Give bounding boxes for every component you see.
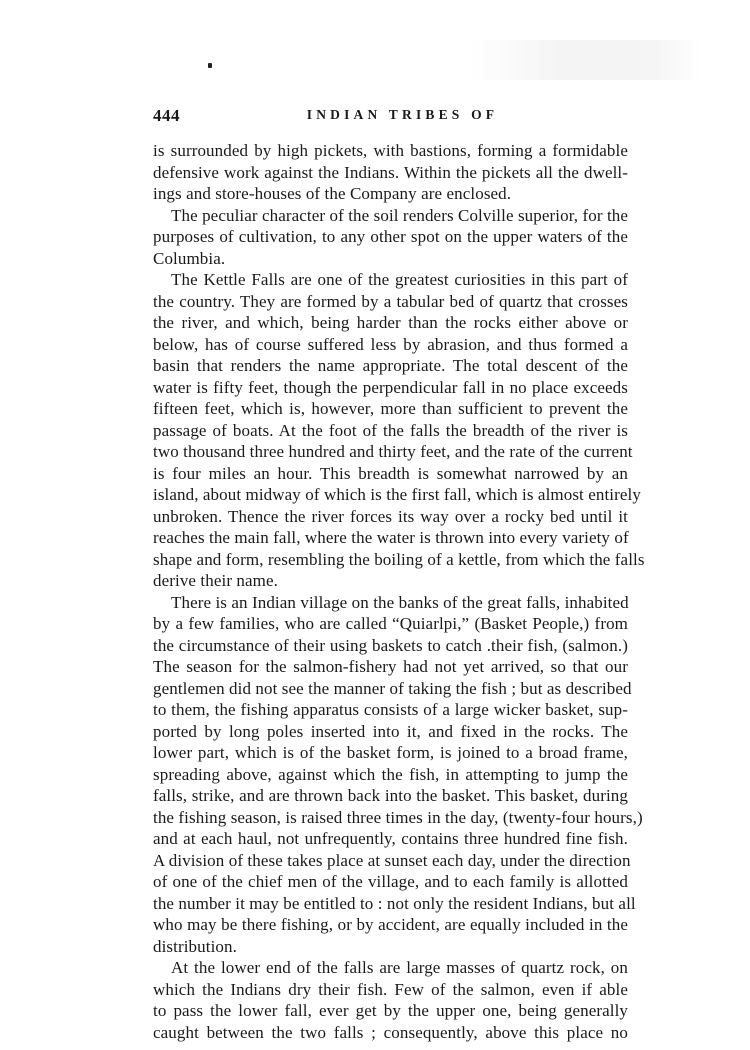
text-line: unbroken. Thence the river forces its wa… (153, 506, 628, 528)
text-line: falls, strike, and are thrown back into … (153, 785, 628, 807)
text-line: which the Indians dry their fish. Few of… (153, 979, 628, 1001)
text-line: to them, the fishing apparatus consists … (153, 699, 628, 721)
text-line: The peculiar character of the soil rende… (153, 205, 628, 227)
text-line: the circumstance of their using baskets … (153, 635, 628, 657)
running-head: 444 INDIAN TRIBES OF (153, 106, 628, 128)
text-line: The Kettle Falls are one of the greatest… (153, 269, 628, 291)
text-line: water is fifty feet, though the perpendi… (153, 377, 628, 399)
text-line: ings and store-houses of the Company are… (153, 183, 628, 205)
text-line: defensive work against the Indians. With… (153, 162, 628, 184)
text-line: purposes of cultivation, to any other sp… (153, 226, 628, 248)
book-page: 444 INDIAN TRIBES OF is surrounded by hi… (0, 0, 750, 1050)
text-line: basin that renders the name appropriate.… (153, 355, 628, 377)
running-head-title: INDIAN TRIBES OF (153, 107, 628, 123)
text-line: Columbia. (153, 248, 628, 270)
text-line: is four miles an hour. This breadth is s… (153, 463, 628, 485)
text-line: of one of the chief men of the village, … (153, 871, 628, 893)
text-line: gentlemen did not see the manner of taki… (153, 678, 628, 700)
text-line: and at each haul, not unfrequently, cont… (153, 828, 628, 850)
text-line: who may be there fishing, or by accident… (153, 914, 628, 936)
body-text: is surrounded by high pickets, with bast… (153, 140, 628, 1043)
ink-speck (208, 63, 212, 68)
text-line: by a few families, who are called “Quiar… (153, 613, 628, 635)
text-line: spreading above, against which the fish,… (153, 764, 628, 786)
text-line: the country. They are formed by a tabula… (153, 291, 628, 313)
text-line: ported by long poles inserted into it, a… (153, 721, 628, 743)
text-line: island, about midway of which is the fir… (153, 484, 628, 506)
text-line: shape and form, resembling the boiling o… (153, 549, 628, 571)
text-line: reaches the main fall, where the water i… (153, 527, 628, 549)
text-line: to pass the lower fall, ever get by the … (153, 1000, 628, 1022)
text-line: the number it may be entitled to : not o… (153, 893, 628, 915)
text-line: the fishing season, is raised three time… (153, 807, 628, 829)
text-line: The season for the salmon-fishery had no… (153, 656, 628, 678)
text-line: passage of boats. At the foot of the fal… (153, 420, 628, 442)
text-line: A division of these takes place at sunse… (153, 850, 628, 872)
scan-shadow (470, 40, 700, 80)
text-line: caught between the two falls ; consequen… (153, 1022, 628, 1044)
text-line: below, has of course suffered less by ab… (153, 334, 628, 356)
text-line: There is an Indian village on the banks … (153, 592, 628, 614)
text-line: At the lower end of the falls are large … (153, 957, 628, 979)
text-line: lower part, which is of the basket form,… (153, 742, 628, 764)
text-line: is surrounded by high pickets, with bast… (153, 140, 628, 162)
text-line: two thousand three hundred and thirty fe… (153, 441, 628, 463)
text-line: the river, and which, being harder than … (153, 312, 628, 334)
text-line: derive their name. (153, 570, 628, 592)
text-line: fifteen feet, which is, however, more th… (153, 398, 628, 420)
text-line: distribution. (153, 936, 628, 958)
